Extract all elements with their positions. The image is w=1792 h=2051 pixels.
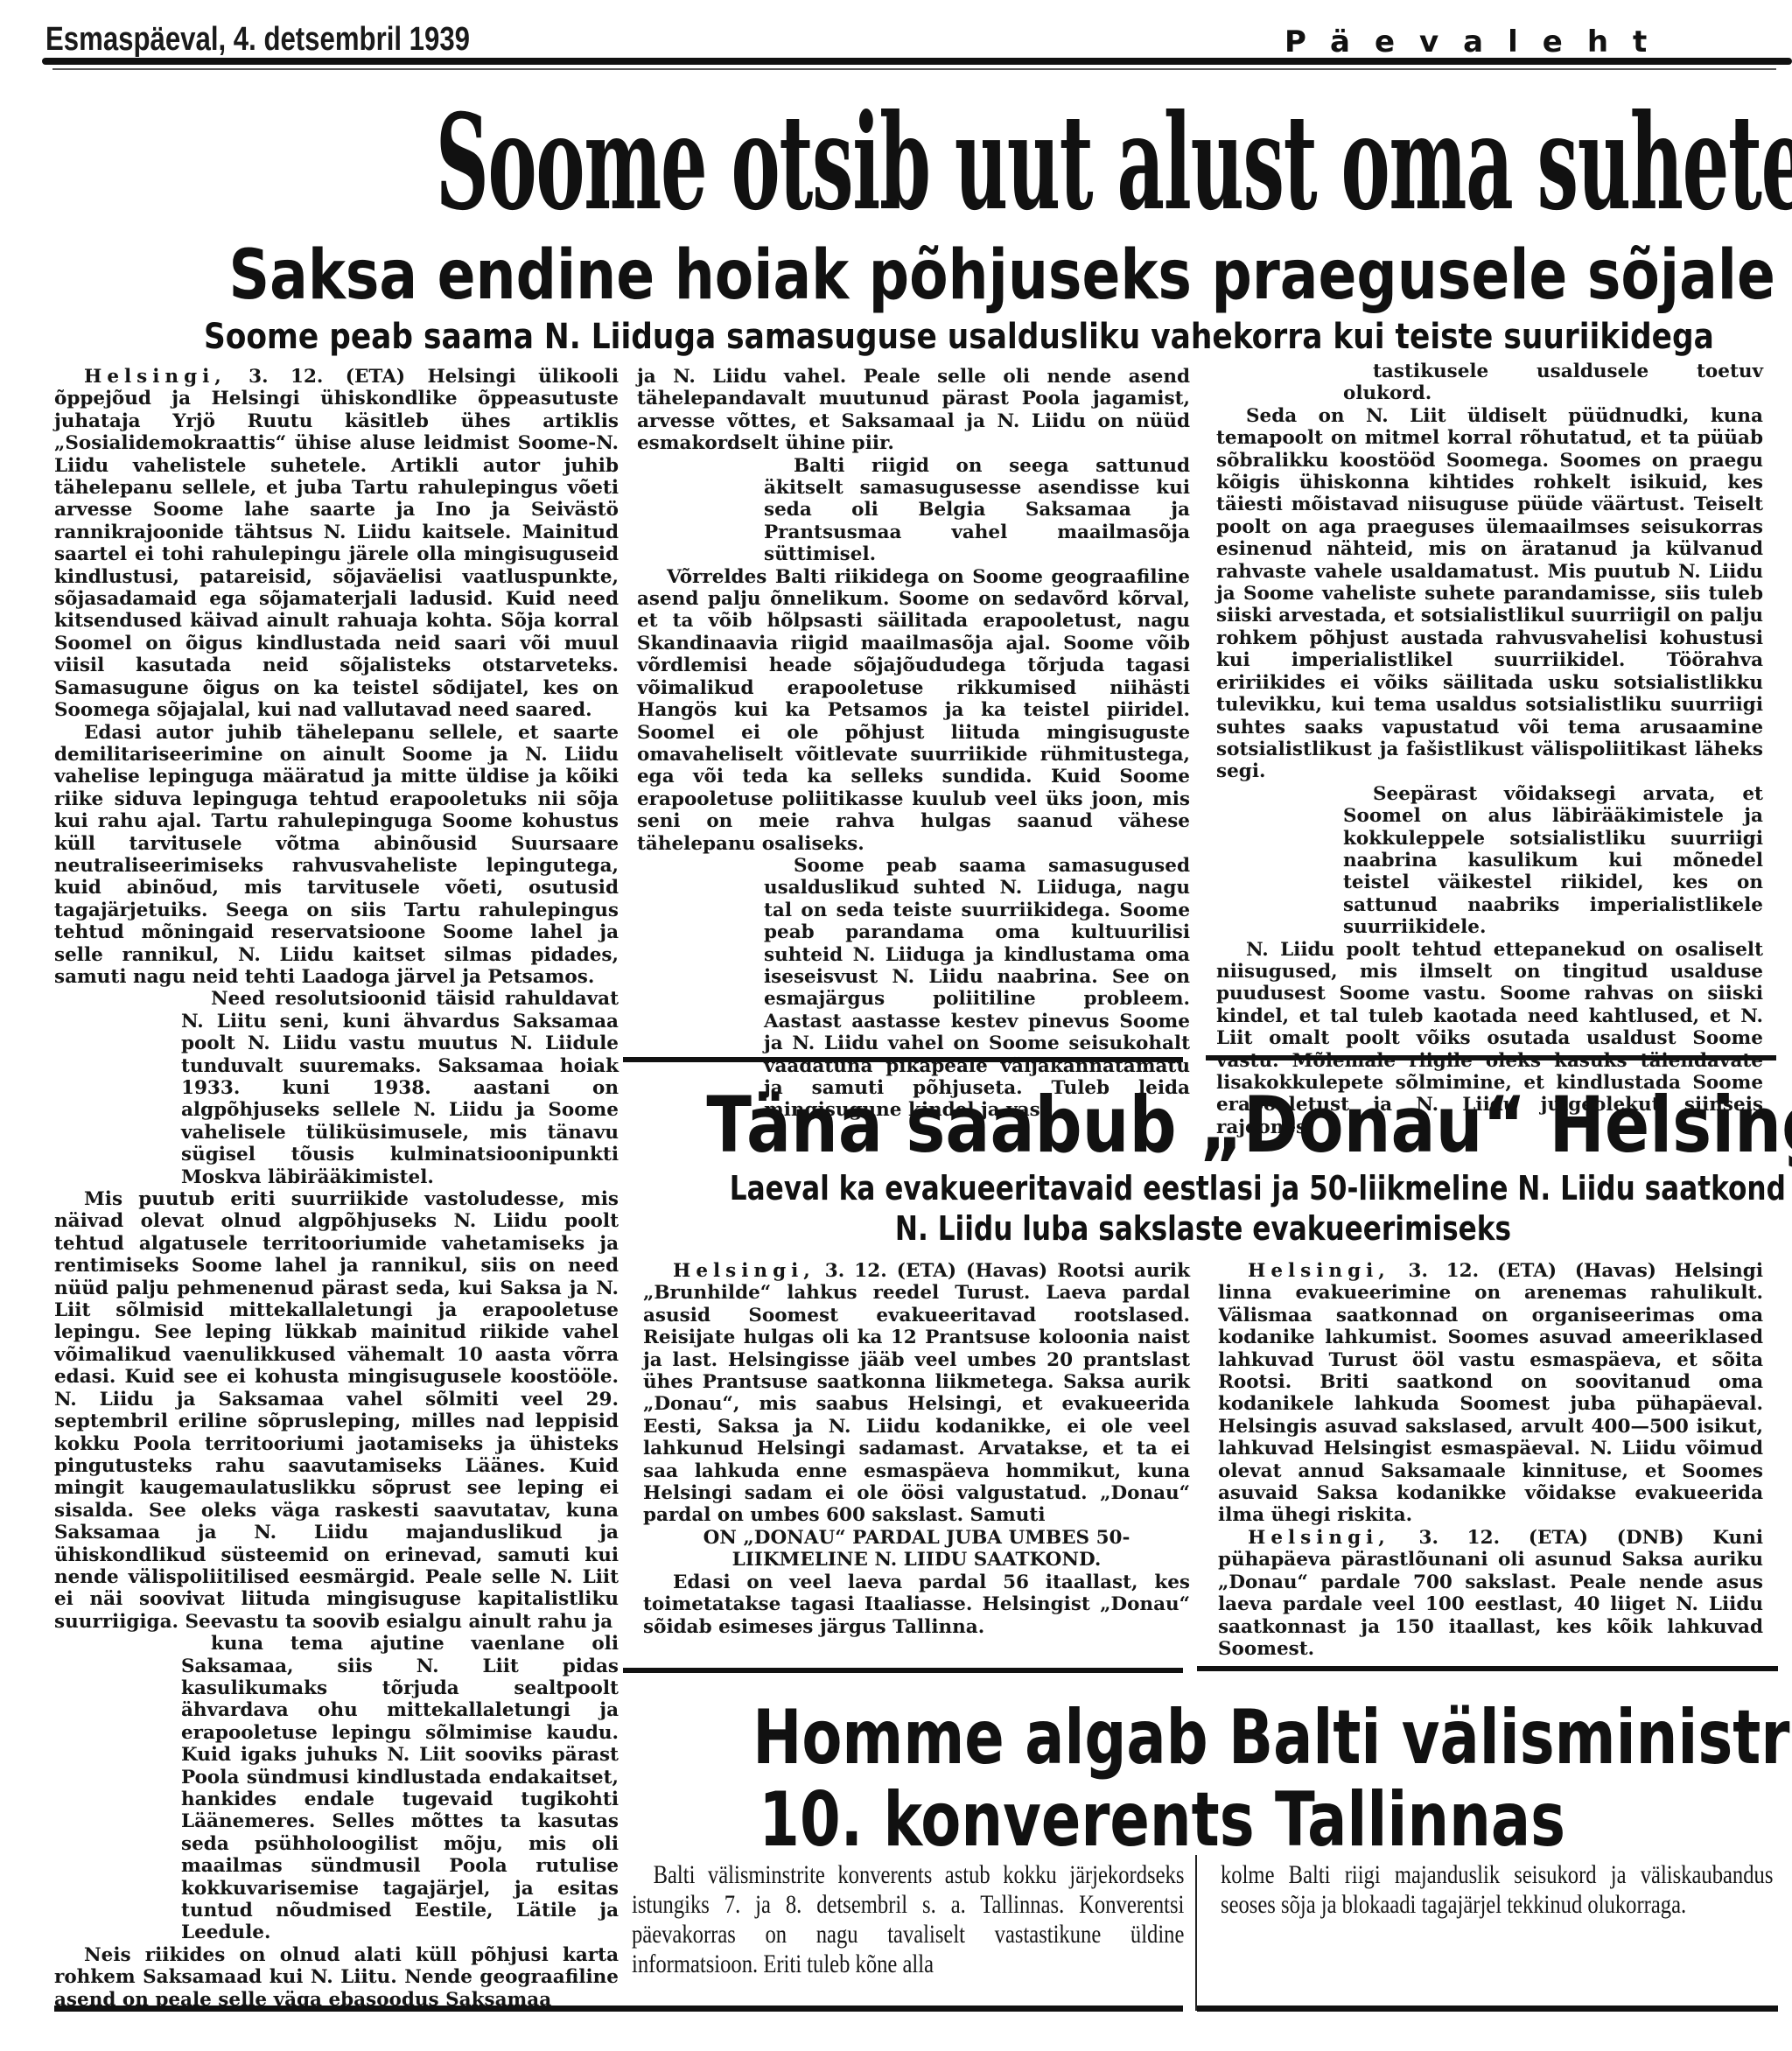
article-paragraph: ja N. Liidu vahel. Peale selle oli nende…	[637, 366, 1190, 455]
paragraph-text: 3. 12. (ETA) (Havas) Rootsi aurik „Brunh…	[643, 1260, 1190, 1526]
article-paragraph: tastikusele usaldusele toetuv olukord.	[1343, 360, 1763, 405]
lead-column-3: tastikusele usaldusele toetuv olukord.Se…	[1216, 360, 1763, 1138]
article-paragraph: Neis riikides on olnud alati küll põhjus…	[54, 1944, 619, 2011]
paragraph-text: 3. 12. (ETA) (Havas) Helsingi linna evak…	[1218, 1260, 1763, 1526]
donau-column-1: Helsingi, 3. 12. (ETA) (Havas) Rootsi au…	[643, 1260, 1190, 1638]
paragraph-text: Neis riikides on olnud alati küll põhjus…	[54, 1944, 619, 2011]
baltic-headline-line-1: Homme algab Balti välisministrite	[752, 1696, 1654, 1780]
donau-subheadline-2: N. Liidu luba sakslaste evakueerimiseks	[730, 1209, 1676, 1248]
article-paragraph: Helsingi, 3. 12. (ETA) Helsingi ülikooli…	[54, 366, 619, 722]
article-paragraph: Võrreldes Balti riikidega on Soome geogr…	[637, 566, 1190, 855]
newspaper-masthead: Päevaleht	[1284, 24, 1671, 59]
section-divider-rule	[623, 1668, 1183, 1673]
article-paragraph: Helsingi, 3. 12. (ETA) (DNB) Kuni pühapä…	[1218, 1527, 1763, 1660]
baltic-column-1: Balti välisminstrite konverents astub ko…	[632, 1860, 1184, 1979]
dateline: Helsingi,	[1248, 1527, 1390, 1549]
lead-subheadline-2: Soome peab saama N. Liiduga samasuguse u…	[204, 317, 1634, 357]
dateline: Helsingi,	[84, 366, 227, 388]
paragraph-text: ja N. Liidu vahel. Peale selle oli nende…	[637, 366, 1190, 454]
article-paragraph: Edasi autor juhib tähelepanu sellele, et…	[54, 722, 619, 989]
lead-headline: Soome otsib uut alust oma suhetele N. Li…	[436, 84, 1367, 241]
issue-date: Esmaspäeval, 4. detsembril 1939	[45, 21, 470, 59]
baltic-paragraph: Balti välisminstrite konverents astub ko…	[632, 1860, 1184, 1979]
column-divider	[1195, 1855, 1197, 2011]
lead-column-1: Helsingi, 3. 12. (ETA) Helsingi ülikooli…	[54, 366, 619, 2011]
donau-column-2: Helsingi, 3. 12. (ETA) (Havas) Helsingi …	[1218, 1260, 1763, 1660]
page-bottom-rule	[1197, 2005, 1778, 2012]
article-paragraph: Need resolutsioonid täisid rahuldavat N.…	[181, 988, 619, 1188]
paragraph-text: Mis puutub eriti suurriikide vastoludess…	[54, 1188, 619, 1633]
donau-subheadline-1: Laeval ka evakueeritavaid eestlasi ja 50…	[730, 1169, 1676, 1207]
paragraph-text: tastikusele usaldusele toetuv olukord.	[1343, 360, 1763, 404]
section-divider-rule	[1206, 1055, 1776, 1060]
baltic-headline-line-2: 10. konverents Tallinnas	[752, 1778, 1654, 1862]
article-paragraph: kuna tema ajutine vaenlane oli Saksamaa,…	[181, 1633, 619, 1944]
article-paragraph: Edasi on veel laeva pardal 56 itaallast,…	[643, 1571, 1190, 1638]
article-paragraph: ON „DONAU“ PARDAL JUBA UMBES 50-LIIKMELI…	[643, 1527, 1190, 1571]
lead-column-2: ja N. Liidu vahel. Peale selle oli nende…	[637, 366, 1190, 1122]
paragraph-text: ON „DONAU“ PARDAL JUBA UMBES 50-LIIKMELI…	[703, 1527, 1130, 1571]
paragraph-text: Edasi on veel laeva pardal 56 itaallast,…	[643, 1571, 1190, 1638]
lead-subheadline-1: Saksa endine hoiak põhjuseks praegusele …	[229, 238, 1609, 313]
paragraph-text: Seda on N. Liit üldiselt püüdnudki, kuna…	[1216, 405, 1763, 783]
masthead-rule	[42, 58, 1792, 65]
donau-headline: Täna saabub „Donau“ Helsingist	[706, 1081, 1699, 1169]
page-bottom-rule	[54, 2005, 1183, 2012]
paragraph-text: Võrreldes Balti riikidega on Soome geogr…	[637, 566, 1190, 855]
paragraph-text: Edasi autor juhib tähelepanu sellele, et…	[54, 722, 619, 988]
article-paragraph: Seda on N. Liit üldiselt püüdnudki, kuna…	[1216, 405, 1763, 783]
masthead-rule-thin	[52, 68, 1776, 70]
baltic-paragraph: kolme Balti riigi majanduslik seisukord …	[1221, 1860, 1773, 1920]
paragraph-text: 3. 12. (ETA) Helsingi ülikooli õppejõud …	[54, 366, 619, 721]
section-divider-rule	[1197, 1666, 1778, 1671]
dateline: Helsingi,	[1248, 1260, 1390, 1282]
article-paragraph: Balti riigid on seega sattunud äkitselt …	[764, 455, 1190, 566]
baltic-column-2: kolme Balti riigi majanduslik seisukord …	[1221, 1860, 1773, 1920]
article-paragraph: Seepärast võidaksegi arvata, et Soomel o…	[1343, 783, 1763, 939]
paragraph-text: Balti riigid on seega sattunud äkitselt …	[764, 455, 1190, 566]
article-paragraph: Helsingi, 3. 12. (ETA) (Havas) Helsingi …	[1218, 1260, 1763, 1527]
article-paragraph: Helsingi, 3. 12. (ETA) (Havas) Rootsi au…	[643, 1260, 1190, 1527]
paragraph-text: Seepärast võidaksegi arvata, et Soomel o…	[1343, 783, 1763, 938]
section-divider-rule	[623, 1057, 1183, 1062]
dateline: Helsingi,	[673, 1260, 815, 1282]
article-paragraph: Mis puutub eriti suurriikide vastoludess…	[54, 1188, 619, 1633]
paragraph-text: kuna tema ajutine vaenlane oli Saksamaa,…	[181, 1633, 619, 1943]
paragraph-text: Need resolutsioonid täisid rahuldavat N.…	[181, 988, 619, 1187]
